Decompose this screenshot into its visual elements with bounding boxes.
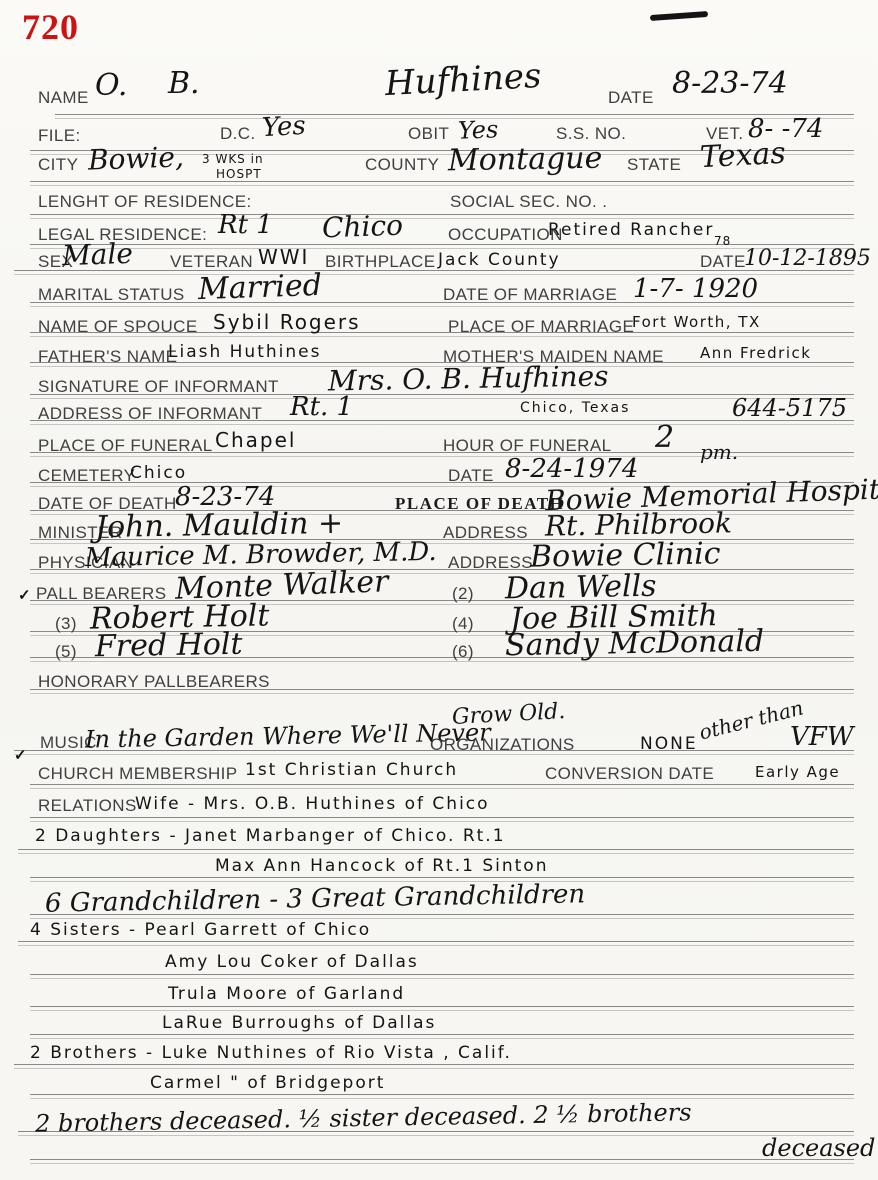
relations-line-sister3: Trula Moore of Garland (168, 984, 405, 1004)
music-value-above: Grow Old. (451, 699, 565, 730)
pallbearer-5-value: Fred Holt (95, 627, 243, 665)
ruled-line (14, 1064, 854, 1069)
relations-line-sisters: 4 Sisters - Pearl Garrett of Chico (30, 920, 371, 940)
pallbearer-6-label: (6) (452, 642, 474, 662)
marriage-date-label: DATE OF MARRIAGE (443, 285, 617, 305)
marital-status-label: MARITAL STATUS (38, 285, 185, 305)
informant-phone-value: 644-5175 (732, 394, 847, 422)
residence-length-label: LENGHT OF RESIDENCE: (38, 192, 252, 212)
ruled-line (30, 1034, 854, 1039)
informant-address-value1: Rt. 1 (290, 392, 353, 422)
relations-line-daughters: 2 Daughters - Janet Marbanger of Chico. … (35, 826, 506, 846)
relations-label: RELATIONS (38, 796, 137, 816)
name-label: NAME (38, 88, 89, 108)
ruled-line (30, 1159, 854, 1164)
birth-date-value: 10-12-1895 (744, 246, 871, 271)
mother-maiden-value: Ann Fredrick (700, 344, 811, 362)
music-checkmark: ✓ (14, 746, 27, 764)
minister-address-label: ADDRESS (443, 523, 528, 543)
informant-address-value2: Chico, Texas (520, 400, 630, 416)
relations-wife-value: Wife - Mrs. O.B. Huthines of Chico (135, 794, 490, 814)
name-first-value: O. (95, 68, 127, 103)
pallbearer-6-value: Sandy McDonald (505, 624, 765, 664)
dc-label: D.C. (220, 124, 256, 144)
file-label: FILE: (38, 126, 81, 146)
date-value: 8-23-74 (672, 66, 788, 101)
sex-value: Male (61, 237, 133, 272)
funeral-hour-label: HOUR OF FUNERAL (443, 436, 611, 456)
name-middle-value: B. (168, 66, 200, 101)
relations-line-sister4: LaRue Burroughs of Dallas (162, 1013, 436, 1033)
age-note: 78 (714, 234, 731, 248)
ruled-line (30, 181, 854, 186)
informant-address-label: ADDRESS OF INFORMANT (38, 404, 262, 424)
relations-line-deceased2: deceased (762, 1134, 875, 1162)
marriage-date-value: 1-7- 1920 (633, 274, 758, 304)
ruled-line (30, 1006, 854, 1011)
honorary-pallbearers-label: HONORARY PALLBEARERS (38, 672, 270, 692)
pallbearer-3-label: (3) (55, 614, 77, 634)
legal-residence-value1: Rt 1 (218, 210, 273, 240)
relations-line-sister2: Amy Lou Coker of Dallas (165, 952, 419, 972)
ruled-line (30, 214, 854, 219)
city-note-line1: 3 WKS in (202, 152, 264, 166)
marital-status-value: Married (197, 268, 322, 307)
conversion-date-value: Early Age (755, 763, 840, 781)
birthplace-label: BIRTHPLACE (325, 252, 435, 272)
ruled-line (30, 784, 854, 789)
obit-value: Yes (458, 115, 499, 144)
organizations-value: NONE (640, 734, 698, 754)
veteran-label: VETERAN (170, 252, 253, 272)
relations-line-grandchildren: 6 Grandchildren - 3 Great Grandchildren (45, 879, 586, 918)
county-label: COUNTY (365, 155, 439, 175)
ruled-line (18, 849, 854, 854)
state-label: STATE (627, 155, 681, 175)
spouse-name-value: Sybil Rogers (213, 310, 361, 334)
page-number: 720 (22, 6, 79, 48)
birthplace-value: Jack County (438, 250, 561, 270)
cemetery-value: Chico (130, 463, 187, 483)
veteran-value: WWI (258, 245, 309, 269)
name-last-value: Hufhines (384, 56, 542, 104)
church-membership-value: 1st Christian Church (245, 760, 458, 780)
conversion-date-label: CONVERSION DATE (545, 764, 714, 784)
funeral-place-value: Chapel (215, 428, 296, 452)
occupation-value: Retired Rancher (548, 220, 714, 240)
pallbearers-checkmark: ✓ (18, 586, 31, 604)
cemetery-label: CEMETERY (38, 466, 135, 486)
social-sec-label: SOCIAL SEC. NO. . (450, 192, 607, 212)
funeral-hour-value: 2 (655, 420, 674, 455)
physician-address-label: ADDRESS (448, 553, 533, 573)
dc-value: Yes (261, 111, 306, 143)
date-label: DATE (608, 88, 654, 108)
marriage-place-value: Fort Worth, TX (632, 313, 761, 331)
ruled-line (18, 941, 854, 946)
obit-label: OBIT (408, 124, 449, 144)
relations-line-brothers: 2 Brothers - Luke Nuthines of Rio Vista … (30, 1043, 512, 1063)
spouse-name-label: NAME OF SPOUCE (38, 317, 198, 337)
father-name-label: FATHER'S NAME (38, 347, 177, 367)
city-value: Bowie, (87, 140, 184, 176)
pallbearer-4-label: (4) (452, 614, 474, 634)
father-name-value: Liash Huthines (168, 342, 321, 362)
ruled-line (30, 817, 854, 822)
legal-residence-value2: Chico (321, 209, 403, 245)
occupation-label: OCCUPATION (448, 225, 563, 245)
death-place-label: PLACE OF DEATH (395, 494, 564, 514)
ruled-line (30, 1094, 854, 1099)
church-membership-label: CHURCH MEMBERSHIP (38, 764, 237, 784)
informant-signature-value: Mrs. O. B. Hufhines (328, 360, 609, 398)
funeral-record-card: 720 NAME O. B. Hufhines DATE 8-23-74 FIL… (0, 0, 878, 1180)
birth-date-label: DATE (700, 252, 746, 272)
relations-line-daughter2: Max Ann Hancock of Rt.1 Sinton (215, 856, 548, 876)
pallbearer-5-label: (5) (55, 642, 77, 662)
ruled-line (55, 114, 854, 119)
funeral-hour-suffix: pm. (700, 440, 738, 464)
organizations-label: ORGANIZATIONS (430, 735, 575, 755)
organizations-value2: VFW (790, 722, 854, 752)
city-note-line2: HOSPT (216, 167, 262, 181)
marriage-place-label: PLACE OF MARRIAGE (448, 317, 634, 337)
county-value: Montague (448, 141, 603, 179)
cemetery-date-label: DATE (448, 466, 494, 486)
pallbearer-2-label: (2) (452, 584, 474, 604)
city-label: CITY (38, 155, 78, 175)
ruled-line (30, 974, 854, 979)
funeral-place-label: PLACE OF FUNERAL (38, 436, 213, 456)
cemetery-date-value: 8-24-1974 (505, 454, 638, 484)
state-value: Texas (699, 136, 786, 175)
relations-line-brother2: Carmel " of Bridgeport (150, 1073, 385, 1093)
pen-mark (650, 11, 708, 21)
informant-signature-label: SIGNATURE OF INFORMANT (38, 377, 279, 397)
